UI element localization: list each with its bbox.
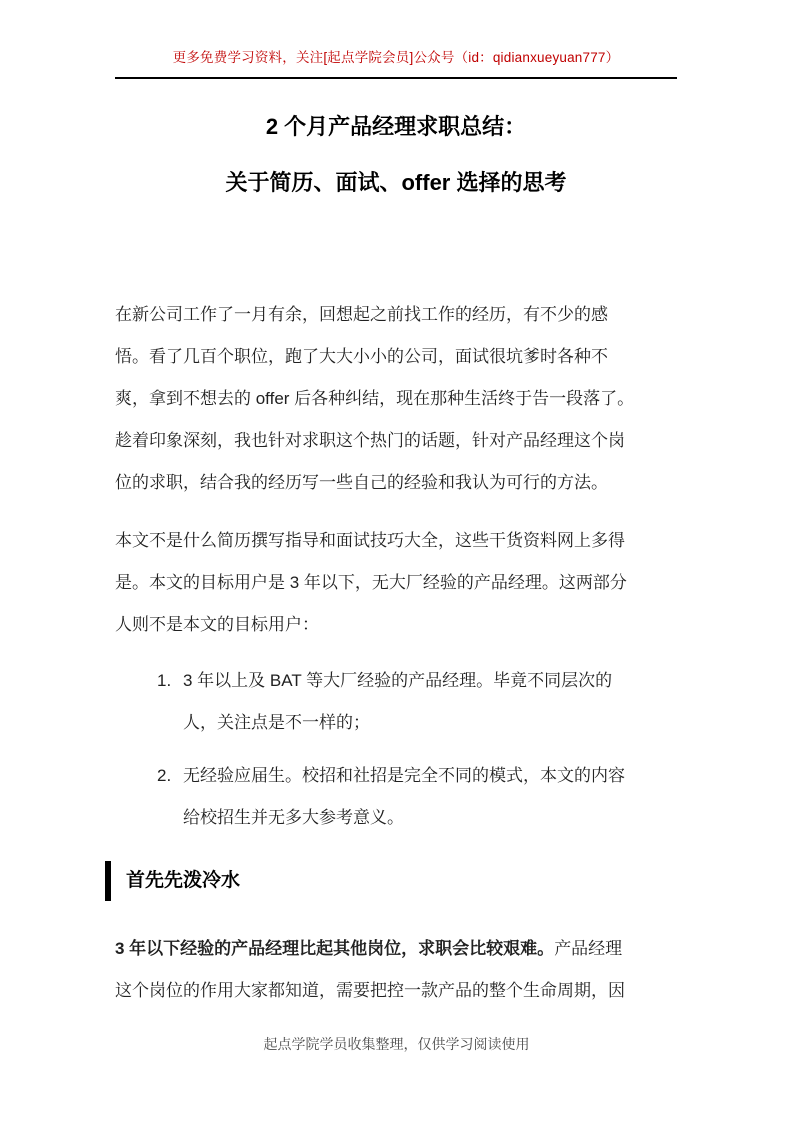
- list-item-number: 2.: [157, 755, 183, 839]
- text-line: 位的求职，结合我的经历写一些自己的经验和我认为可行的方法。: [115, 462, 677, 504]
- list-item: 1. 3 年以上及 BAT 等大厂经验的产品经理。毕竟不同层次的 人，关注点是不…: [157, 660, 677, 744]
- section-heading: 首先先泼冷水: [105, 861, 677, 901]
- text-line: 无经验应届生。校招和社招是完全不同的模式，本文的内容: [183, 755, 677, 797]
- list-item-text: 无经验应届生。校招和社招是完全不同的模式，本文的内容 给校招生并无多大参考意义。: [183, 755, 677, 839]
- text-line: 本文不是什么简历撰写指导和面试技巧大全，这些干货资料网上多得: [115, 520, 677, 562]
- text-line: 在新公司工作了一月有余，回想起之前找工作的经历，有不少的感: [115, 294, 677, 336]
- title-line-1: 2 个月产品经理求职总结：: [115, 112, 677, 142]
- document-body: 2 个月产品经理求职总结： 关于简历、面试、offer 选择的思考 在新公司工作…: [115, 100, 677, 1012]
- text-line: 给校招生并无多大参考意义。: [183, 797, 677, 839]
- paragraph-intro: 在新公司工作了一月有余，回想起之前找工作的经历，有不少的感 悟。看了几百个职位，…: [115, 294, 677, 504]
- list-item: 2. 无经验应届生。校招和社招是完全不同的模式，本文的内容 给校招生并无多大参考…: [157, 755, 677, 839]
- numbered-list: 1. 3 年以上及 BAT 等大厂经验的产品经理。毕竟不同层次的 人，关注点是不…: [115, 660, 677, 839]
- text-line: 这个岗位的作用大家都知道，需要把控一款产品的整个生命周期，因: [115, 970, 677, 1012]
- text-line: 人，关注点是不一样的；: [183, 702, 677, 744]
- text-line: 爽，拿到不想去的 offer 后各种纠结，现在那种生活终于告一段落了。: [115, 378, 677, 420]
- text-line: 悟。看了几百个职位，跑了大大小小的公司，面试很坑爹时各种不: [115, 336, 677, 378]
- paragraph-cold-water: 3 年以下经验的产品经理比起其他岗位，求职会比较艰难。产品经理 这个岗位的作用大…: [115, 928, 677, 1012]
- regular-text: 产品经理: [554, 939, 622, 958]
- page-title: 2 个月产品经理求职总结： 关于简历、面试、offer 选择的思考: [115, 112, 677, 198]
- text-line: 趁着印象深刻，我也针对求职这个热门的话题，针对产品经理这个岗: [115, 420, 677, 462]
- text-line: 人则不是本文的目标用户：: [115, 604, 677, 646]
- text-line: 3 年以上及 BAT 等大厂经验的产品经理。毕竟不同层次的: [183, 660, 677, 702]
- text-line: 3 年以下经验的产品经理比起其他岗位，求职会比较艰难。产品经理: [115, 928, 677, 970]
- list-item-number: 1.: [157, 660, 183, 744]
- footer-notice: 起点学院学员收集整理，仅供学习阅读使用: [0, 1034, 793, 1054]
- paragraph-audience: 本文不是什么简历撰写指导和面试技巧大全，这些干货资料网上多得 是。本文的目标用户…: [115, 520, 677, 646]
- header-notice: 更多免费学习资料，关注[起点学院会员]公众号（id：qidianxueyuan7…: [115, 46, 677, 79]
- title-line-2: 关于简历、面试、offer 选择的思考: [115, 168, 677, 198]
- text-line: 是。本文的目标用户是 3 年以下，无大厂经验的产品经理。这两部分: [115, 562, 677, 604]
- document-page: 更多免费学习资料，关注[起点学院会员]公众号（id：qidianxueyuan7…: [0, 0, 793, 1122]
- list-item-text: 3 年以上及 BAT 等大厂经验的产品经理。毕竟不同层次的 人，关注点是不一样的…: [183, 660, 677, 744]
- bold-text: 3 年以下经验的产品经理比起其他岗位，求职会比较艰难。: [115, 939, 554, 958]
